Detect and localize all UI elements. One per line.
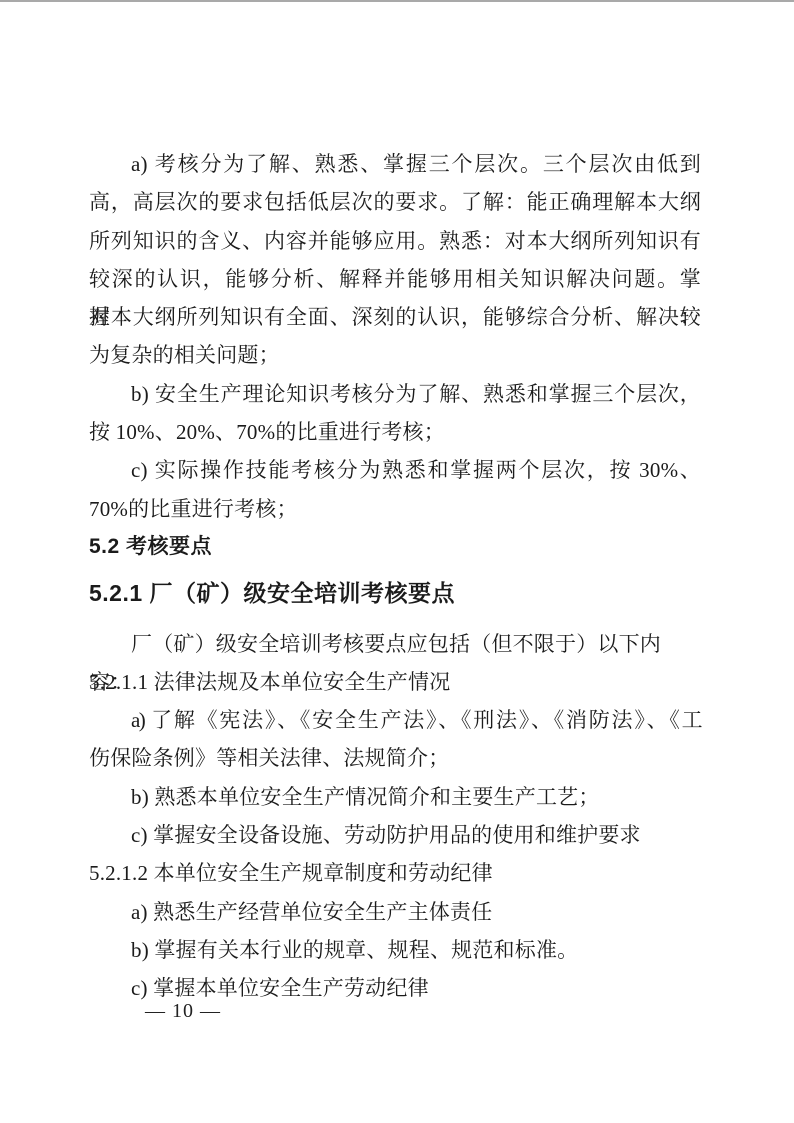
paragraph-line: 较深的认识，能够分析、解释并能够用相关知识解决问题。掌握： bbox=[89, 260, 701, 298]
paragraph-line: 对本大纲所列知识有全面、深刻的认识，能够综合分析、解决较 bbox=[89, 298, 701, 336]
paragraph-line: a) 考核分为了解、熟悉、掌握三个层次。三个层次由低到 bbox=[89, 145, 701, 183]
paragraph-intro: 厂（矿）级安全培训考核要点应包括（但不限于）以下内容： bbox=[89, 625, 701, 663]
paragraph-practical-weights: c) 实际操作技能考核分为熟悉和掌握两个层次，按 30%、 70%的比重进行考核… bbox=[89, 451, 701, 528]
paragraph-line: 70%的比重进行考核； bbox=[89, 490, 701, 528]
paragraph-line: 伤保险条例》等相关法律、法规简介； bbox=[89, 739, 701, 777]
paragraph-theory-weights: b) 安全生产理论知识考核分为了解、熟悉和掌握三个层次， 按 10%、20%、7… bbox=[89, 375, 701, 452]
heading-5-2: 5.2 考核要点 bbox=[89, 528, 701, 566]
paragraph-laws-item-c: c) 掌握安全设备设施、劳动防护用品的使用和维护要求 bbox=[89, 816, 701, 854]
heading-5-2-1: 5.2.1 厂（矿）级安全培训考核要点 bbox=[89, 574, 701, 612]
paragraph-line: 所列知识的含义、内容并能够应用。熟悉：对本大纲所列知识有 bbox=[89, 222, 701, 260]
paragraph-laws-item-a: a) 了解《宪法》、《安全生产法》、《刑法》、《消防法》、《工 伤保险条例》等相… bbox=[89, 701, 701, 778]
paragraph-line: c) 实际操作技能考核分为熟悉和掌握两个层次，按 30%、 bbox=[89, 451, 701, 489]
paragraph-line: 按 10%、20%、70%的比重进行考核； bbox=[89, 413, 701, 451]
document-page: a) 考核分为了解、熟悉、掌握三个层次。三个层次由低到 高，高层次的要求包括低层… bbox=[0, 0, 794, 1123]
page-top-edge bbox=[0, 0, 794, 2]
heading-5-2-1-1: 5.2.1.1 法律法规及本单位安全生产情况 bbox=[89, 663, 701, 701]
page-number-footer: — 10 — bbox=[145, 999, 221, 1023]
paragraph-line: 高，高层次的要求包括低层次的要求。了解：能正确理解本大纲 bbox=[89, 183, 701, 221]
paragraph-assessment-levels: a) 考核分为了解、熟悉、掌握三个层次。三个层次由低到 高，高层次的要求包括低层… bbox=[89, 145, 701, 375]
paragraph-line: a) 了解《宪法》、《安全生产法》、《刑法》、《消防法》、《工 bbox=[89, 701, 701, 739]
paragraph-line: 为复杂的相关问题； bbox=[89, 336, 701, 374]
paragraph-line: b) 安全生产理论知识考核分为了解、熟悉和掌握三个层次， bbox=[89, 375, 701, 413]
heading-5-2-1-2: 5.2.1.2 本单位安全生产规章制度和劳动纪律 bbox=[89, 854, 701, 892]
paragraph-laws-item-b: b) 熟悉本单位安全生产情况简介和主要生产工艺； bbox=[89, 778, 701, 816]
paragraph-rules-item-b: b) 掌握有关本行业的规章、规程、规范和标准。 bbox=[89, 931, 701, 969]
document-body: a) 考核分为了解、熟悉、掌握三个层次。三个层次由低到 高，高层次的要求包括低层… bbox=[89, 145, 701, 1008]
paragraph-rules-item-a: a) 熟悉生产经营单位安全生产主体责任 bbox=[89, 893, 701, 931]
